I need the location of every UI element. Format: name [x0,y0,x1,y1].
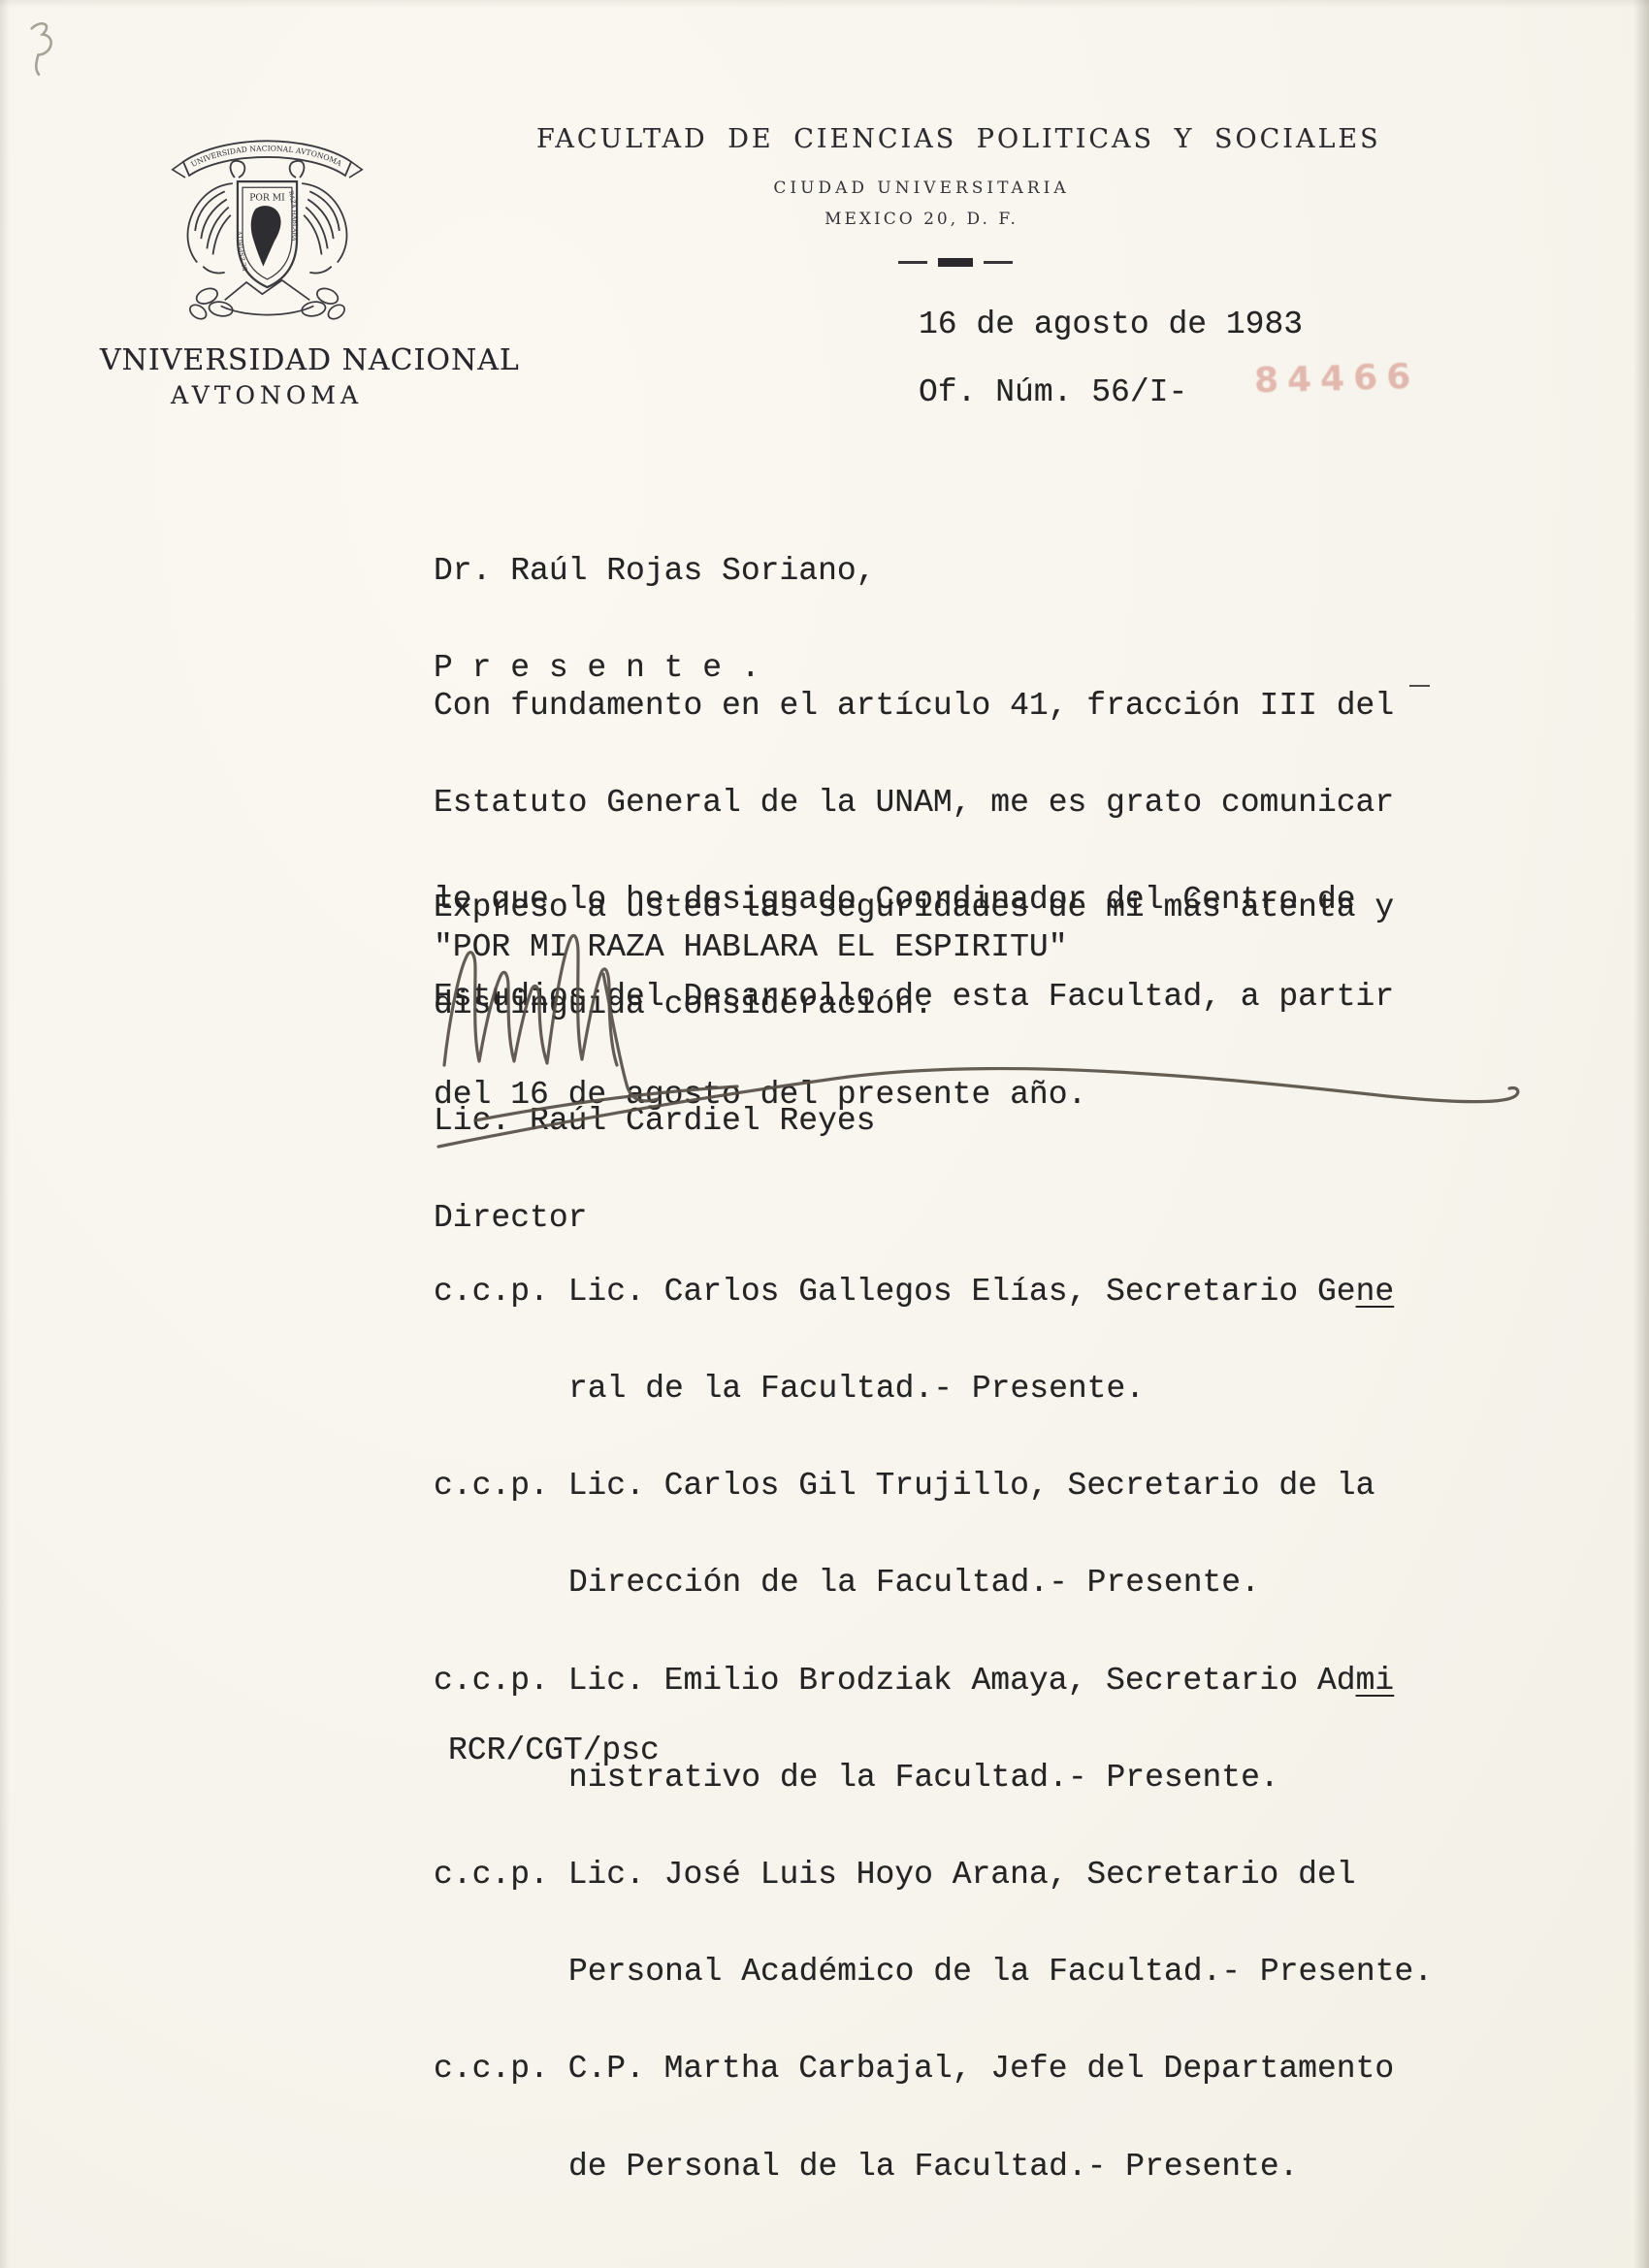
pencil-corner-mark-icon [12,17,70,81]
svg-text:UNIVERSIDAD NACIONAL AVTONOMA: UNIVERSIDAD NACIONAL AVTONOMA D MEXICO [163,122,345,169]
cc-entry-line: c.c.p. Lic. Carlos Gil Trujillo, Secreta… [434,1470,1433,1502]
cc-label: c.c.p. [434,1274,549,1310]
date-line: 16 de agosto de 1983 [919,308,1303,340]
typist-initials: RCR/CGT/psc [448,1734,660,1766]
divider-thin-right [984,261,1013,264]
faculty-title: FACULTAD DE CIENCIAS POLITICAS Y SOCIALE… [536,124,1381,154]
cc-entry-line: c.c.p. Lic. Carlos Gallegos Elías, Secre… [434,1276,1433,1308]
body-line: Estatuto General de la UNAM, me es grato… [434,787,1394,819]
cc-entry-line: ral de la Facultad.- Presente. [434,1373,1433,1405]
cc-list: c.c.p. Lic. Carlos Gallegos Elías, Secre… [434,1211,1433,2248]
cc-entry-line: Dirección de la Facultad.- Presente. [434,1567,1433,1599]
address-line2: MEXICO 20, D. F. [824,210,1018,229]
handwritten-signature-icon [417,912,1571,1154]
recipient-name: Dr. Raúl Rojas Soriano, [434,555,875,587]
body-line: Con fundamento en el artículo 41, fracci… [434,690,1394,722]
logo-caption-line2: AVTONOMA [100,381,434,409]
cc-entry-line: c.c.p. Lic. José Luis Hoyo Arana, Secret… [434,1859,1433,1891]
letterhead-divider [898,258,1013,267]
cc-label: c.c.p. [434,1663,549,1699]
office-number-line: Of. Núm. 56/I- [919,376,1187,408]
folio-stamp: 84466 [1253,357,1419,401]
cc-entry-line: c.c.p. C.P. Martha Carbajal, Jefe del De… [434,2053,1433,2085]
divider-thick-center [938,258,973,267]
letterhead-logo-block: UNIVERSIDAD NACIONAL AVTONOMA D MEXICO P… [100,122,434,409]
divider-thin-left [898,261,927,264]
svg-text:EL ESPIRITV: EL ESPIRITV [237,230,249,272]
cc-entry-line: Personal Académico de la Facultad.- Pres… [434,1956,1433,1988]
unam-crest-icon: UNIVERSIDAD NACIONAL AVTONOMA D MEXICO P… [163,122,372,338]
cc-label: c.c.p. [434,2051,549,2087]
logo-caption-line1: VNIVERSIDAD NACIONAL [100,343,434,377]
crest-motto-top: POR MI [249,192,285,203]
crest-banner-text: UNIVERSIDAD NACIONAL AVTONOMA D MEXICO [163,122,345,169]
cc-label: c.c.p. [434,1857,549,1893]
cc-label: c.c.p. [434,1468,549,1504]
cc-entry-line: c.c.p. Lic. Emilio Brodziak Amaya, Secre… [434,1665,1433,1697]
crest-motto-left: EL ESPIRITV [237,230,249,272]
address-line1: CIUDAD UNIVERSITARIA [773,178,1069,198]
word-continuation-mark [1409,667,1430,687]
scanned-letter-page: UNIVERSIDAD NACIONAL AVTONOMA D MEXICO P… [0,0,1649,2268]
cc-entry-line: de Personal de la Facultad.- Presente. [434,2151,1433,2183]
